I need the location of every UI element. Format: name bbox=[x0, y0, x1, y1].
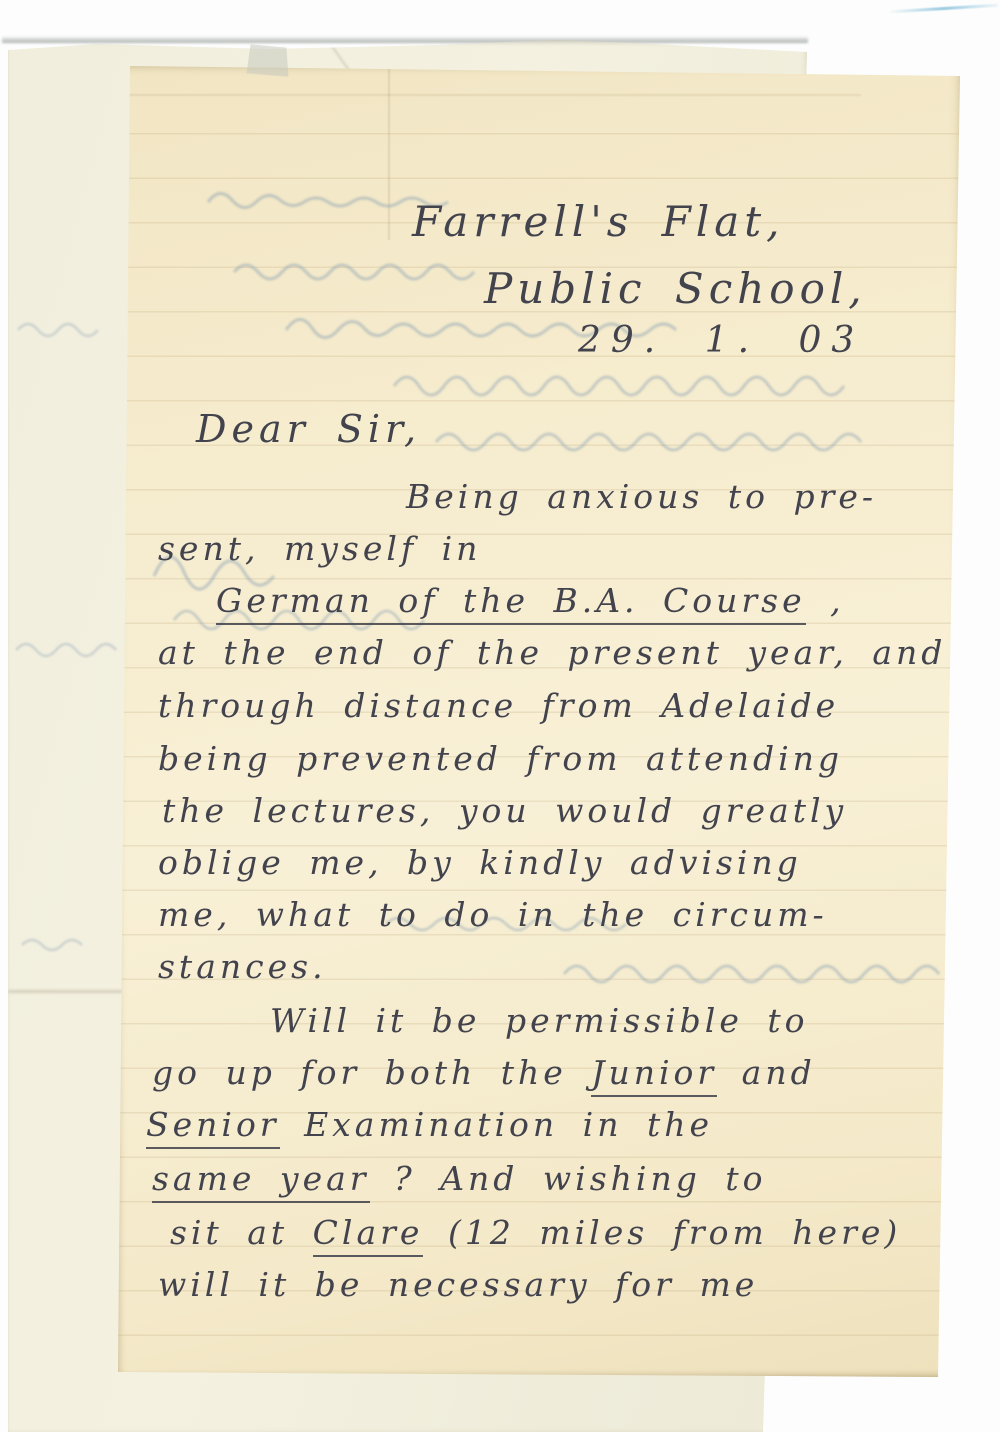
letter-line: the lectures, you would greatly bbox=[162, 792, 847, 830]
letter-line: oblige me, by kindly advising bbox=[158, 844, 802, 882]
letter-page: Farrell's Flat, Public School, 29. 1. 03… bbox=[116, 64, 963, 1379]
letter-line: stances. bbox=[158, 948, 327, 986]
letter-line: sent, myself in bbox=[158, 530, 481, 568]
tape-fragment bbox=[246, 44, 289, 76]
letter-salutation: Dear Sir, bbox=[196, 408, 421, 452]
letter-line: at the end of the present year, and bbox=[158, 634, 946, 672]
scanned-letter: Farrell's Flat, Public School, 29. 1. 03… bbox=[0, 0, 1000, 1432]
letter-line: me, what to do in the circum- bbox=[158, 896, 828, 934]
letter-line: go up for both the Junior and bbox=[152, 1054, 816, 1092]
letter-date: 29. 1. 03 bbox=[578, 320, 864, 361]
letter-line: Will it be permissible to bbox=[270, 1002, 808, 1040]
letter-place-line-1: Farrell's Flat, bbox=[412, 198, 785, 246]
backsheet-top-shadow bbox=[2, 36, 808, 43]
letter-line: will it be necessary for me bbox=[158, 1266, 758, 1304]
letter-line: Senior Examination in the bbox=[146, 1106, 713, 1144]
letter-line: sit at Clare (12 miles from here) bbox=[170, 1214, 901, 1252]
letter-line: German of the B.A. Course , bbox=[216, 582, 845, 620]
letter-line: same year ? And wishing to bbox=[152, 1160, 766, 1198]
bleedthrough-ink-marks bbox=[8, 40, 138, 1432]
blue-pencil-mark bbox=[890, 4, 998, 14]
letter-line: through distance from Adelaide bbox=[158, 687, 839, 725]
letter-line: Being anxious to pre- bbox=[406, 478, 877, 516]
letter-place-line-2: Public School, bbox=[484, 265, 867, 313]
letter-line: being prevented from attending bbox=[158, 740, 843, 778]
